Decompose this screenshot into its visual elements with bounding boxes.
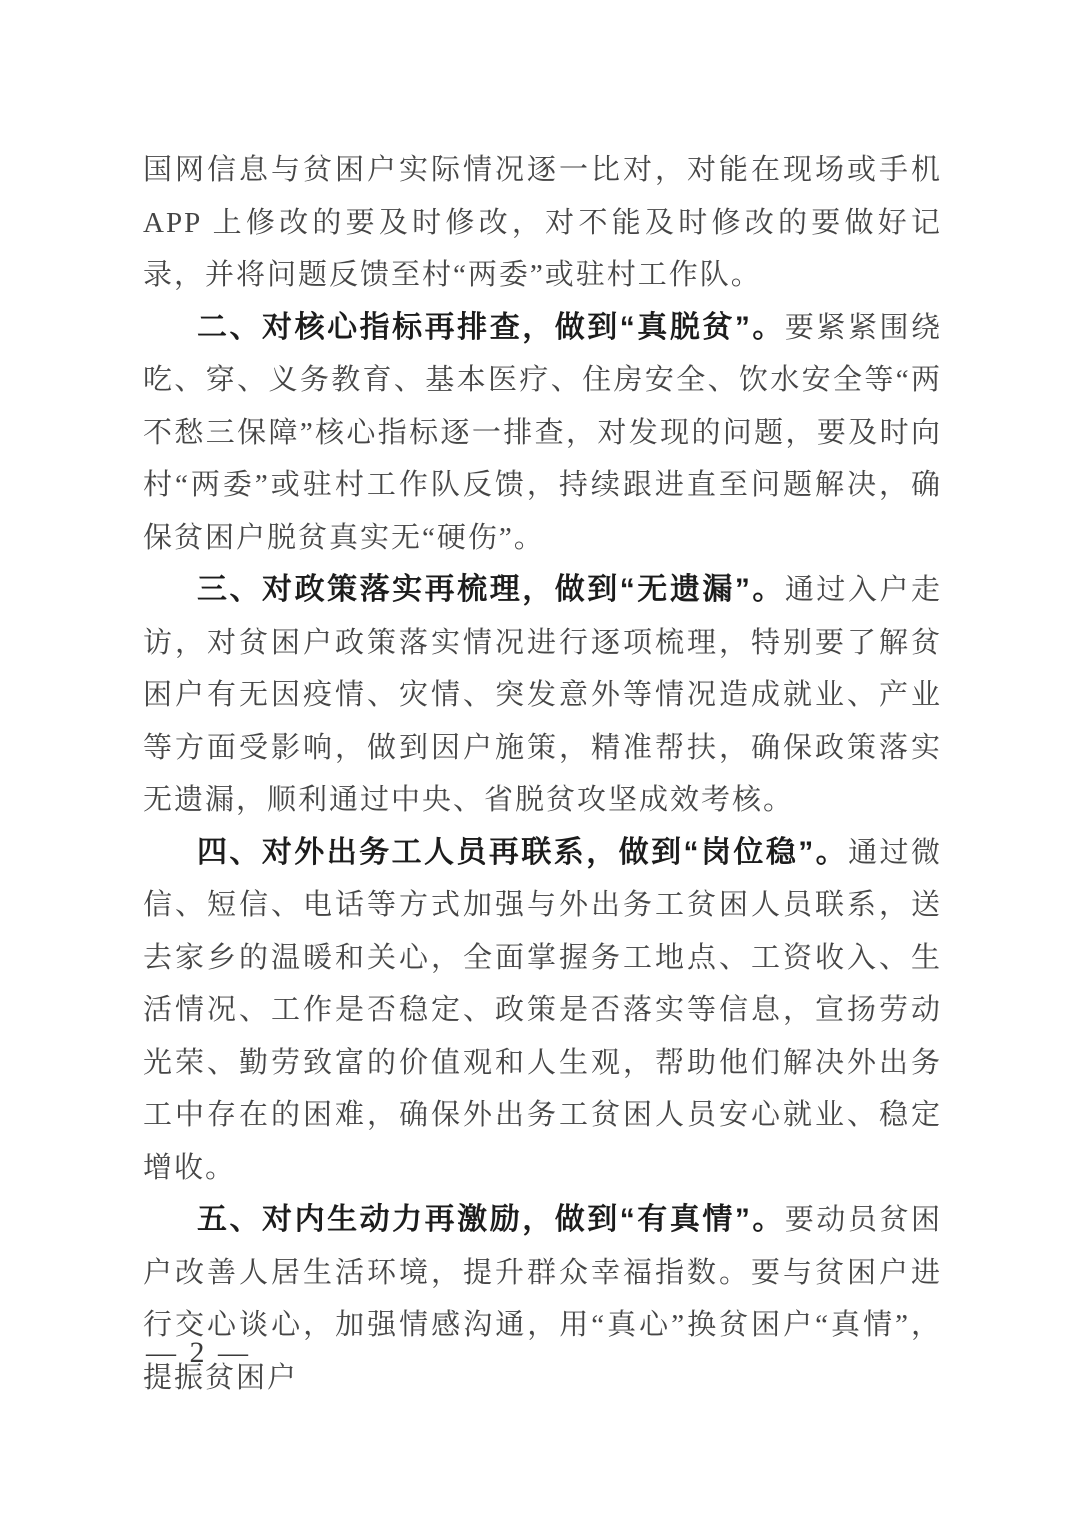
document-body: 国网信息与贫困户实际情况逐一比对，对能在现场或手机 APP 上修改的要及时修改，… [143,144,942,1404]
paragraph-text: 通过微信、短信、电话等方式加强与外出务工贫困人员联系，送去家乡的温暖和关心，全面… [143,837,942,1184]
paragraph: 国网信息与贫困户实际情况逐一比对，对能在现场或手机 APP 上修改的要及时修改，… [143,144,942,302]
paragraph: 五、对内生动力再激励，做到“有真情”。要动员贫困户改善人居生活环境，提升群众幸福… [143,1194,942,1404]
paragraph: 三、对政策落实再梳理，做到“无遗漏”。通过入户走访，对贫困户政策落实情况进行逐项… [143,564,942,827]
section-heading: 五、对内生动力再激励，做到“有真情”。 [197,1203,785,1236]
paragraph-text: 通过入户走访，对贫困户政策落实情况进行逐项梳理，特别要了解贫困户有无因疫情、灾情… [143,574,942,816]
section-heading: 二、对核心指标再排查，做到“真脱贫”。 [197,311,785,344]
document-page: 国网信息与贫困户实际情况逐一比对，对能在现场或手机 APP 上修改的要及时修改，… [0,0,1080,1528]
page-number: — 2 — [146,1336,251,1369]
section-heading: 四、对外出务工人员再联系，做到“岗位稳”。 [197,836,848,869]
paragraph-text: 国网信息与贫困户实际情况逐一比对，对能在现场或手机 APP 上修改的要及时修改，… [143,154,942,291]
paragraph: 四、对外出务工人员再联系，做到“岗位稳”。通过微信、短信、电话等方式加强与外出务… [143,827,942,1195]
paragraph: 二、对核心指标再排查，做到“真脱贫”。要紧紧围绕吃、穿、义务教育、基本医疗、住房… [143,302,942,565]
page-footer: — 2 — [146,1336,251,1370]
paragraph-text: 要紧紧围绕吃、穿、义务教育、基本医疗、住房安全、饮水安全等“两不愁三保障”核心指… [143,312,942,554]
section-heading: 三、对政策落实再梳理，做到“无遗漏”。 [197,573,785,606]
